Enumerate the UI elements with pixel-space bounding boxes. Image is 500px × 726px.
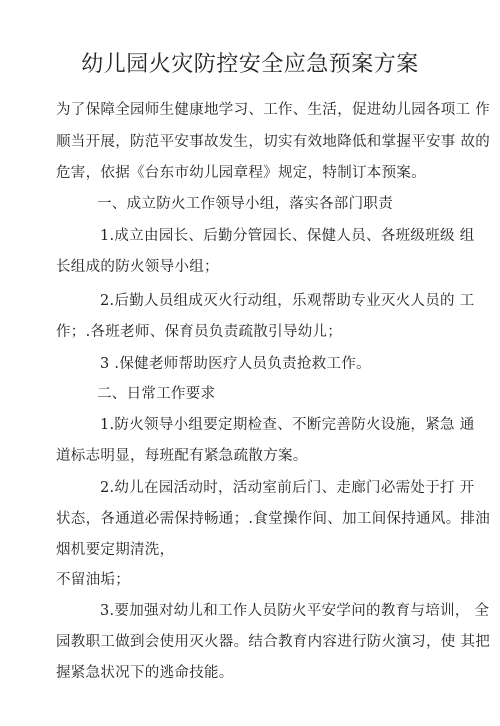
paragraph-line: 3 .保健老师帮助医疗人员负责抢救工作。 [100,352,371,373]
paragraph-line: 1.防火领导小组要定期检查、不断完善防火设施，紧急 通 [100,413,475,434]
paragraph-line: 烟机要定期清洗， [56,538,174,559]
paragraph-line: 道标志明显，每班配有紧急疏散方案。 [56,444,308,465]
paragraph-line: 园教职工做到会使用灭火器。结合教育内容进行防火演习，使 其把 [56,630,490,651]
paragraph-line: 2.后勤人员组成灭火行动组，乐观帮助专业灭火人员的 工 [100,289,475,310]
paragraph-line: 为了保障全园师生健康地学习、工作、生活，促进幼儿园各项工 作 [56,98,490,119]
paragraph-line: 危害，依据《台东市幼儿园章程》规定，特制订本预案。 [56,161,426,182]
paragraph-line: 长组成的防火领导小组； [56,255,219,276]
paragraph-line: 1.成立由园长、后勤分管园长、保健人员、各班级班级 组 [100,224,475,245]
paragraph-line: 二、日常工作要求 [97,382,215,403]
paragraph-line: 作；.各班老师、保育员负责疏散引导幼儿； [56,320,342,341]
paragraph-line: 顺当开展，防范平安事故发生，切实有效地降低和掌握平安事 故的 [56,130,490,151]
paragraph-line: 2.幼儿在园活动时，活动室前后门、走廊门必需处于打 开 [100,476,475,497]
paragraph-line: 3.要加强对幼儿和工作人员防火平安学问的教育与培训， 全 [100,599,489,620]
paragraph-line: 状态，各通道必需保持畅通；.食堂操作间、加工间保持通风。排油 [56,507,490,528]
paragraph-line: 一、成立防火工作领导小组，落实各部门职责 [97,192,393,213]
paragraph-line: 握紧急状况下的逃命技能。 [56,661,234,682]
paragraph-line: 不留油垢； [56,568,130,589]
document-title: 幼儿园火灾防控安全应急预案方案 [0,47,500,78]
